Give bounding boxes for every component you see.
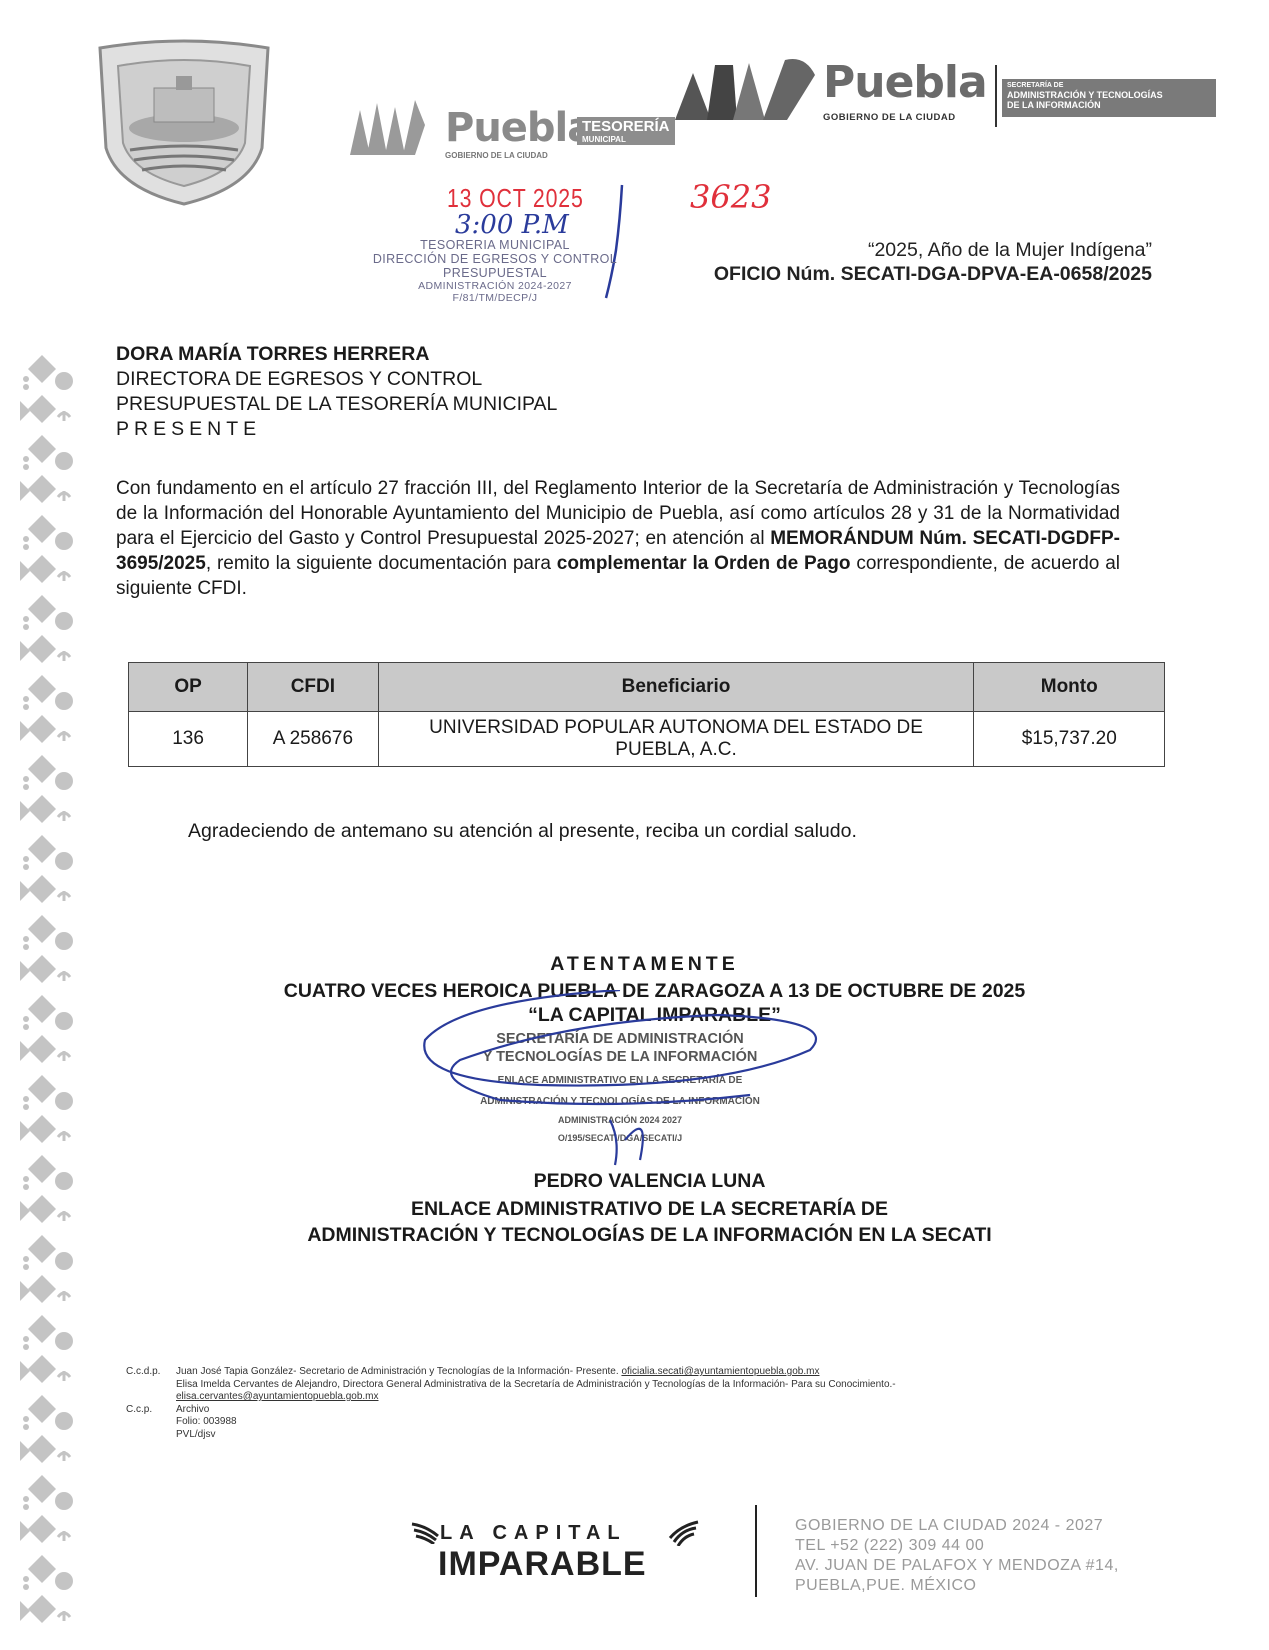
email-link-2[interactable]: elisa.cervantes@ayuntamientopuebla.gob.m… — [176, 1391, 379, 1404]
footer-address-line: PUEBLA,PUE. MÉXICO — [795, 1576, 1119, 1596]
footer-logo-line2: IMPARABLE — [438, 1545, 647, 1584]
carbon-copies: C.c.d.p. Juan José Tapia González- Secre… — [126, 1366, 896, 1441]
secati-logo: Puebla GOBIERNO DE LA CIUDAD SECRETARÍA … — [675, 55, 1220, 130]
signatory-role-line1: ENLACE ADMINISTRATIVO DE LA SECRETARÍA D… — [0, 1198, 1269, 1221]
email-link-1[interactable]: oficialia.secati@ayuntamientopuebla.gob.… — [621, 1366, 819, 1377]
table-row: 136 A 258676 UNIVERSIDAD POPULAR AUTONOM… — [129, 712, 1165, 767]
oficio-number: OFICIO Núm. SECATI-DGA-DPVA-EA-0658/2025 — [714, 263, 1152, 286]
ccdp-recipient-2: Elisa Imelda Cervantes de Alejandro, Dir… — [176, 1379, 896, 1392]
body-text-part: , remito la siguiente documentación para — [206, 553, 557, 574]
recipient-title-line1: DIRECTORA DE EGRESOS Y CONTROL — [116, 367, 557, 392]
footer-address: GOBIERNO DE LA CIUDAD 2024 - 2027 TEL +5… — [795, 1516, 1119, 1596]
footer-address-line: TEL +52 (222) 309 44 00 — [795, 1536, 1119, 1556]
year-motto: “2025, Año de la Mujer Indígena” — [868, 239, 1152, 262]
signatory-role-line2: ADMINISTRACIÓN Y TECNOLOGÍAS DE LA INFOR… — [0, 1224, 1269, 1247]
cell-beneficiario: UNIVERSIDAD POPULAR AUTONOMA DEL ESTADO … — [378, 712, 974, 767]
ccdp-label: C.c.d.p. — [126, 1366, 176, 1379]
logo-divider — [995, 65, 997, 127]
beneficiario-line2: PUEBLA, A.C. — [380, 739, 973, 761]
tesoreria-subtitle: GOBIERNO DE LA CIUDAD — [445, 151, 548, 160]
received-time-handwritten: 3:00 P.M — [455, 210, 569, 240]
coat-of-arms-logo — [90, 38, 278, 206]
table-header-row: OP CFDI Beneficiario Monto — [129, 663, 1165, 712]
footer-address-line: GOBIERNO DE LA CIUDAD 2024 - 2027 — [795, 1516, 1119, 1536]
cell-monto: $15,737.20 — [974, 712, 1165, 767]
signatory-name: PEDRO VALENCIA LUNA — [0, 1170, 1269, 1193]
tesoreria-badge-title: TESORERÍA — [582, 118, 670, 135]
beneficiario-line1: UNIVERSIDAD POPULAR AUTONOMA DEL ESTADO … — [380, 717, 973, 739]
ccp-label: C.c.p. — [126, 1404, 176, 1417]
stamp-line: TESORERIA MUNICIPAL — [360, 238, 630, 252]
payment-order-emphasis: complementar la Orden de Pago — [557, 553, 851, 574]
closing-line: Agradeciendo de antemano su atención al … — [188, 820, 857, 843]
right-wing-icon — [666, 1520, 700, 1546]
tesoreria-logo: Puebla GOBIERNO DE LA CIUDAD TESORERÍA M… — [345, 95, 685, 165]
secati-badge: SECRETARÍA DE ADMINISTRACIÓN Y TECNOLOGÍ… — [1002, 79, 1216, 117]
ccp-archivo: Archivo — [176, 1404, 209, 1417]
secati-badge-line2: ADMINISTRACIÓN Y TECNOLOGÍAS — [1007, 90, 1211, 100]
stamp-line: DIRECCIÓN DE EGRESOS Y CONTROL — [360, 252, 630, 266]
ccdp-recipient-1: Juan José Tapia González- Secretario de … — [176, 1366, 621, 1377]
city-skyline-icon — [345, 95, 440, 160]
office-reception-stamp: TESORERIA MUNICIPAL DIRECCIÓN DE EGRESOS… — [360, 238, 630, 304]
secati-badge-line3: DE LA INFORMACIÓN — [1007, 100, 1211, 110]
column-header-beneficiario: Beneficiario — [378, 663, 974, 712]
left-wing-icon — [410, 1520, 440, 1544]
recipient-salutation: PRESENTE — [116, 417, 557, 442]
city-skyline-icon — [675, 55, 820, 127]
folio-number-stamp: 3623 — [690, 178, 771, 216]
footer-divider — [755, 1505, 757, 1597]
column-header-cfdi: CFDI — [248, 663, 378, 712]
recipient-block: DORA MARÍA TORRES HERRERA DIRECTORA DE E… — [116, 342, 557, 442]
footer-logo-line1: LA CAPITAL — [440, 1522, 627, 1545]
recipient-title-line2: PRESUPUESTAL DE LA TESORERÍA MUNICIPAL — [116, 392, 557, 417]
stamp-line: F/81/TM/DECP/J — [360, 292, 630, 304]
footer-address-line: AV. JUAN DE PALAFOX Y MENDOZA #14, — [795, 1556, 1119, 1576]
cell-op: 136 — [129, 712, 248, 767]
cell-cfdi: A 258676 — [248, 712, 378, 767]
handwritten-signature — [420, 990, 840, 1170]
tesoreria-badge: TESORERÍA MUNICIPAL — [577, 117, 675, 145]
signature-atentamente: ATENTAMENTE — [0, 953, 1269, 976]
stamp-line: ADMINISTRACIÓN 2024-2027 — [360, 280, 630, 292]
column-header-monto: Monto — [974, 663, 1165, 712]
secati-brand: Puebla — [823, 57, 987, 108]
column-header-op: OP — [129, 663, 248, 712]
tesoreria-badge-subtitle: MUNICIPAL — [582, 135, 670, 145]
recipient-name: DORA MARÍA TORRES HERRERA — [116, 342, 557, 367]
secati-subtitle: GOBIERNO DE LA CIUDAD — [823, 112, 956, 123]
tesoreria-brand: Puebla — [445, 105, 593, 151]
payment-order-table: OP CFDI Beneficiario Monto 136 A 258676 … — [128, 662, 1165, 767]
body-paragraph: Con fundamento en el artículo 27 fracció… — [116, 476, 1120, 601]
stamp-line: PRESUPUESTAL — [360, 266, 630, 280]
initials: PVL/djsv — [176, 1429, 215, 1442]
folio: Folio: 003988 — [176, 1416, 237, 1429]
secati-badge-line1: SECRETARÍA DE — [1007, 82, 1211, 90]
capital-imparable-logo: LA CAPITAL IMPARABLE — [410, 1520, 710, 1590]
